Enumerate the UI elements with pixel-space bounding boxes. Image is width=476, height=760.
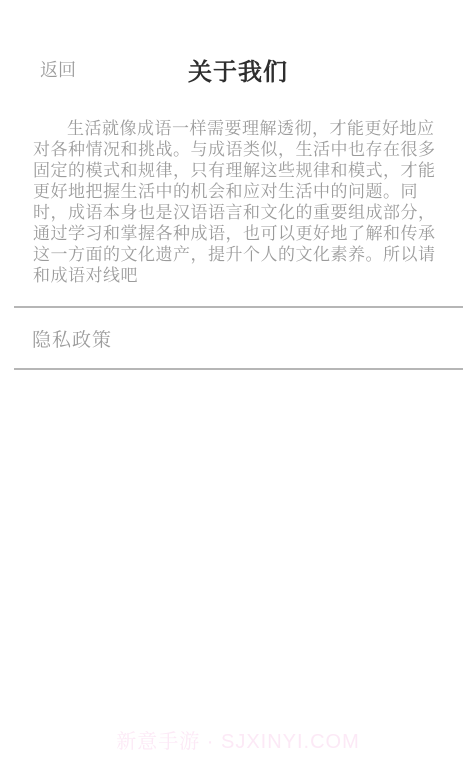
menu-list: 隐私政策: [14, 306, 463, 370]
about-paragraph-line: 更好地把握生活中的机会和应对生活中的问题。同: [33, 181, 445, 202]
about-paragraph-line: 生活就像成语一样需要理解透彻，才能更好地应: [33, 118, 445, 139]
about-paragraph-line: 时，成语本身也是汉语语言和文化的重要组成部分，: [33, 202, 445, 223]
back-button[interactable]: 返回: [40, 56, 76, 82]
about-paragraph: 生活就像成语一样需要理解透彻，才能更好地应对各种情况和挑战。与成语类似，生活中也…: [33, 118, 445, 286]
privacy-policy-item[interactable]: 隐私政策: [14, 306, 463, 370]
about-paragraph-line: 这一方面的文化遗产，提升个人的文化素养。所以请: [33, 244, 445, 265]
watermark: 新意手游 · SJXINYI.COM: [0, 725, 476, 754]
about-paragraph-line: 固定的模式和规律，只有理解这些规律和模式，才能: [33, 160, 445, 181]
about-paragraph-line: 和成语对线吧: [33, 265, 445, 286]
privacy-policy-label: 隐私政策: [32, 325, 112, 352]
about-paragraph-line: 通过学习和掌握各种成语，也可以更好地了解和传承: [33, 223, 445, 244]
navbar: 返回 关于我们: [0, 48, 476, 88]
about-paragraph-line: 对各种情况和挑战。与成语类似，生活中也存在很多: [33, 139, 445, 160]
